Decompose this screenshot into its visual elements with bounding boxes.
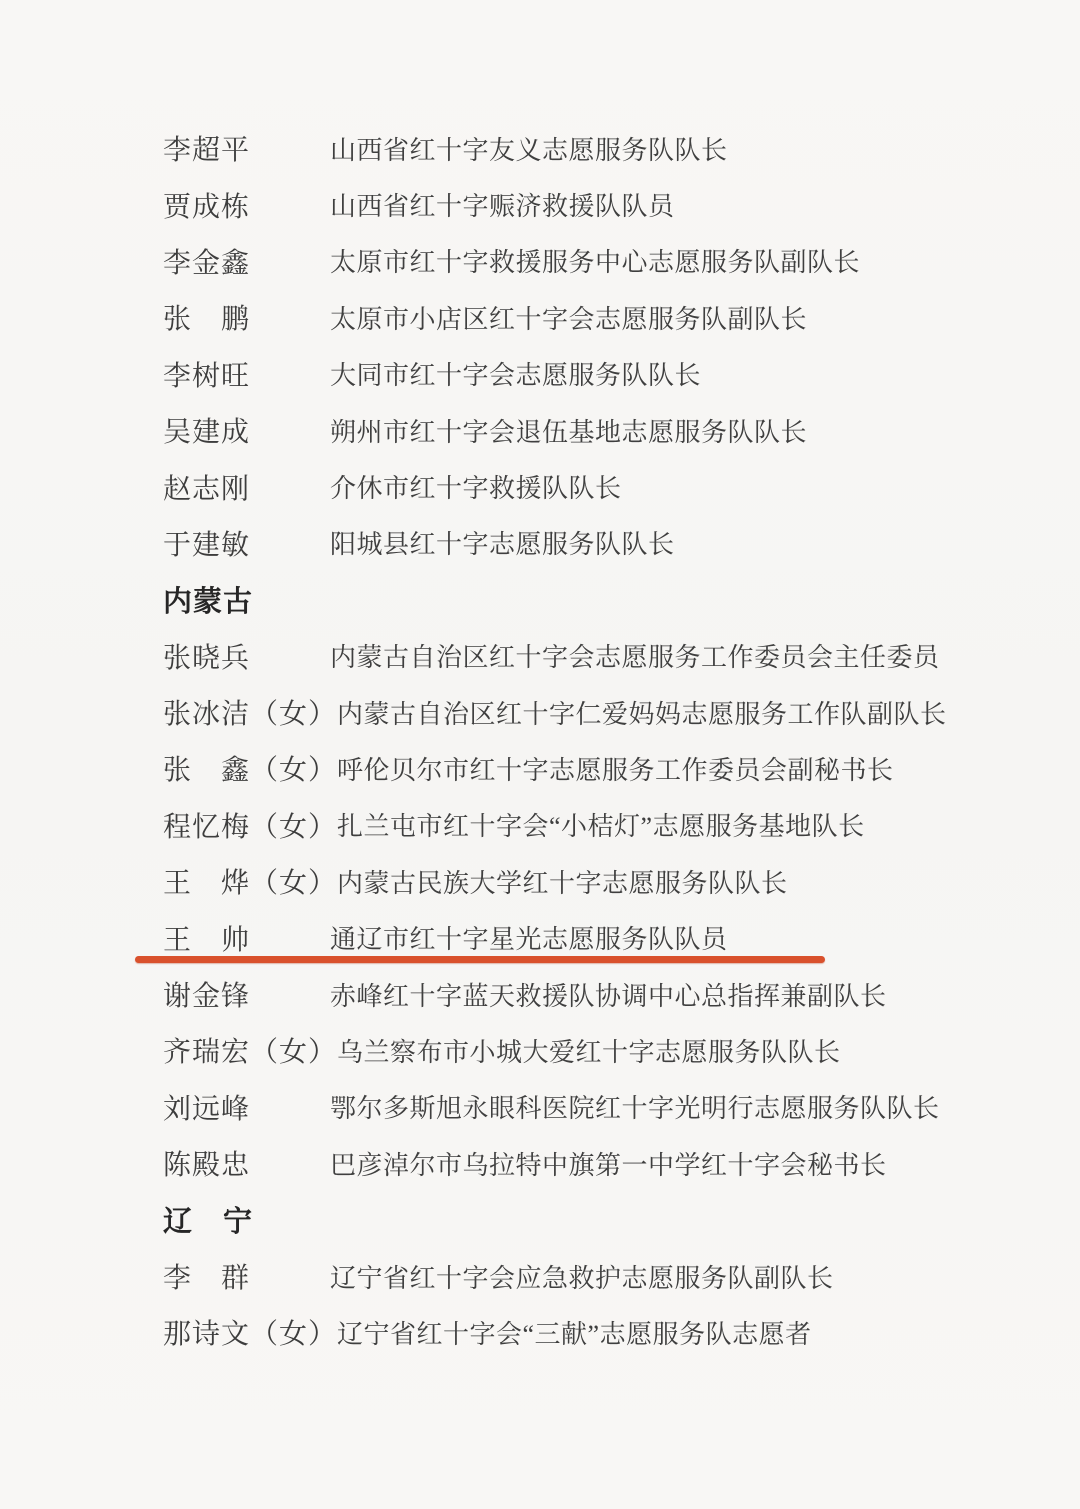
- person-name: 李 群: [163, 1256, 330, 1296]
- list-item: 赵志刚 介休市红十字救援队队长: [163, 458, 1040, 514]
- list-item: 李 群 辽宁省红十字会应急救护志愿服务队副队长: [163, 1248, 1040, 1304]
- person-name: 程忆梅（女）: [163, 805, 337, 845]
- person-role: 内蒙古民族大学红十字志愿服务队队长: [337, 863, 788, 900]
- person-role: 鄂尔多斯旭永眼科医院红十字光明行志愿服务队队长: [330, 1088, 940, 1125]
- person-role: 扎兰屯市红十字会“小桔灯”志愿服务基地队长: [337, 806, 865, 843]
- list-item: 张晓兵 内蒙古自治区红十字会志愿服务工作委员会主任委员: [163, 628, 1040, 684]
- person-name: 于建敏: [163, 523, 330, 563]
- person-role: 太原市红十字救援服务中心志愿服务队副队长: [330, 242, 860, 279]
- person-role: 大同市红十字会志愿服务队队长: [330, 355, 701, 392]
- list-item: 刘远峰 鄂尔多斯旭永眼科医院红十字光明行志愿服务队队长: [163, 1079, 1040, 1135]
- list-item: 李金鑫 太原市红十字救援服务中心志愿服务队副队长: [163, 233, 1040, 289]
- person-role: 阳城县红十字志愿服务队队长: [330, 524, 675, 561]
- list-item: 李超平 山西省红十字友义志愿服务队队长: [163, 120, 1040, 176]
- section-header-label: 内蒙古: [163, 579, 253, 620]
- list-item: 王 烨（女） 内蒙古民族大学红十字志愿服务队队长: [163, 853, 1040, 909]
- person-name: 那诗文（女）: [163, 1312, 337, 1352]
- person-name: 张 鑫（女）: [163, 748, 337, 788]
- list-item: 李树旺 大同市红十字会志愿服务队队长: [163, 346, 1040, 402]
- person-role: 辽宁省红十字会应急救护志愿服务队副队长: [330, 1258, 834, 1295]
- list-item: 张 鹏 太原市小店区红十字会志愿服务队副队长: [163, 289, 1040, 345]
- list-item: 谢金锋 赤峰红十字蓝天救援队协调中心总指挥兼副队长: [163, 966, 1040, 1022]
- list-item: 陈殿忠 巴彦淖尔市乌拉特中旗第一中学红十字会秘书长: [163, 1135, 1040, 1191]
- list-item: 于建敏 阳城县红十字志愿服务队队长: [163, 515, 1040, 571]
- person-name: 张晓兵: [163, 636, 330, 676]
- person-role: 介休市红十字救援队队长: [330, 468, 622, 505]
- person-name: 张 鹏: [163, 297, 330, 337]
- person-role: 内蒙古自治区红十字仁爱妈妈志愿服务工作队副队长: [337, 694, 947, 731]
- list-item: 张冰洁（女） 内蒙古自治区红十字仁爱妈妈志愿服务工作队副队长: [163, 684, 1040, 740]
- person-name: 吴建成: [163, 410, 330, 450]
- person-name: 贾成栋: [163, 185, 330, 225]
- person-role: 呼伦贝尔市红十字志愿服务工作委员会副秘书长: [337, 750, 894, 787]
- list-item: 张 鑫（女） 呼伦贝尔市红十字志愿服务工作委员会副秘书长: [163, 740, 1040, 796]
- person-role: 赤峰红十字蓝天救援队协调中心总指挥兼副队长: [330, 976, 887, 1013]
- honoree-list: 李超平 山西省红十字友义志愿服务队队长 贾成栋 山西省红十字赈济救援队队员 李金…: [163, 120, 1040, 1361]
- person-name: 谢金锋: [163, 974, 330, 1014]
- person-name: 李树旺: [163, 354, 330, 394]
- person-name: 李超平: [163, 128, 330, 168]
- section-header-liaoning: 辽 宁: [163, 1191, 1040, 1247]
- list-item: 那诗文（女） 辽宁省红十字会“三献”志愿服务队志愿者: [163, 1304, 1040, 1360]
- person-role: 巴彦淖尔市乌拉特中旗第一中学红十字会秘书长: [330, 1145, 887, 1182]
- person-role: 通辽市红十字星光志愿服务队队员: [330, 919, 728, 956]
- list-item: 齐瑞宏（女） 乌兰察布市小城大爱红十字志愿服务队队长: [163, 1022, 1040, 1078]
- person-name: 张冰洁（女）: [163, 692, 337, 732]
- person-name: 刘远峰: [163, 1087, 330, 1127]
- person-name: 齐瑞宏（女）: [163, 1030, 337, 1070]
- person-role: 乌兰察布市小城大爱红十字志愿服务队队长: [337, 1032, 841, 1069]
- person-role: 内蒙古自治区红十字会志愿服务工作委员会主任委员: [330, 637, 940, 674]
- highlight-underline: [135, 956, 825, 963]
- list-item: 吴建成 朔州市红十字会退伍基地志愿服务队队长: [163, 402, 1040, 458]
- scanned-document-page: 李超平 山西省红十字友义志愿服务队队长 贾成栋 山西省红十字赈济救援队队员 李金…: [0, 0, 1080, 1509]
- list-item: 贾成栋 山西省红十字赈济救援队队员: [163, 176, 1040, 232]
- person-name: 王 帅: [163, 918, 330, 958]
- person-name: 赵志刚: [163, 467, 330, 507]
- list-item: 程忆梅（女） 扎兰屯市红十字会“小桔灯”志愿服务基地队长: [163, 797, 1040, 853]
- section-header-label: 辽 宁: [163, 1199, 253, 1240]
- person-role: 辽宁省红十字会“三献”志愿服务队志愿者: [337, 1314, 812, 1351]
- section-header-inner-mongolia: 内蒙古: [163, 571, 1040, 627]
- person-name: 王 烨（女）: [163, 861, 337, 901]
- list-item-highlighted: 王 帅 通辽市红十字星光志愿服务队队员: [163, 909, 1040, 965]
- person-name: 李金鑫: [163, 241, 330, 281]
- person-role: 山西省红十字友义志愿服务队队长: [330, 130, 728, 167]
- person-name: 陈殿忠: [163, 1143, 330, 1183]
- person-role: 山西省红十字赈济救援队队员: [330, 186, 675, 223]
- person-role: 朔州市红十字会退伍基地志愿服务队队长: [330, 412, 807, 449]
- person-role: 太原市小店区红十字会志愿服务队副队长: [330, 299, 807, 336]
